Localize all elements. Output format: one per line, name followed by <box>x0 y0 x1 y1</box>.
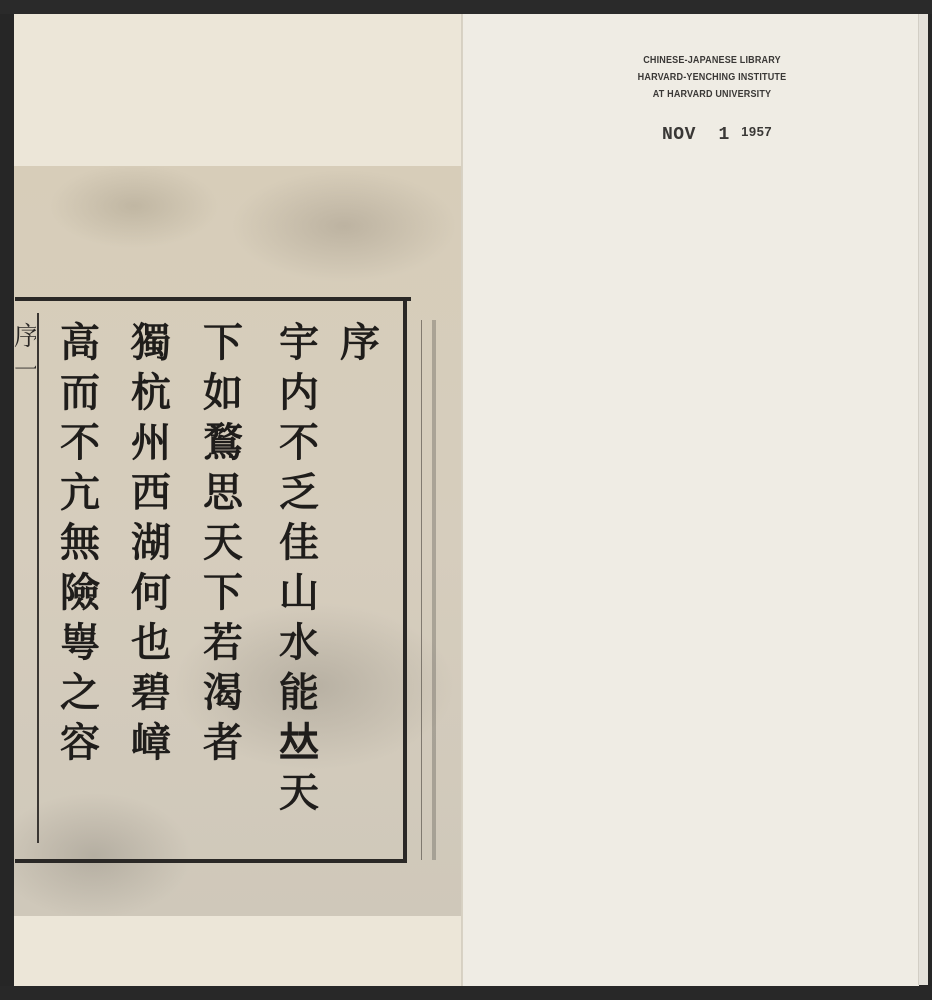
char: 之 <box>55 668 105 718</box>
char: 序 <box>335 318 385 368</box>
char: 杭 <box>126 368 176 418</box>
text-column-4: 獨 杭 州 西 湖 何 也 碧 嶂 <box>126 318 176 768</box>
char: 獨 <box>126 318 176 368</box>
scan-frame-top <box>0 0 932 14</box>
char: 不 <box>274 418 324 468</box>
char: 思 <box>198 468 248 518</box>
char: 乏 <box>274 468 324 518</box>
char: 險 <box>55 568 105 618</box>
char: 佳 <box>274 518 324 568</box>
stamp-date-month-day: NOV 1 <box>662 125 730 145</box>
text-column-5: 高 而 不 亢 無 險 㟧 之 容 <box>55 318 105 768</box>
char: 者 <box>198 718 248 768</box>
stamp-line-3: AT HARVARD UNIVERSITY <box>626 86 798 103</box>
char: 内 <box>274 368 324 418</box>
stamp-date: NOV 1 1957 <box>662 124 772 145</box>
char: 無 <box>55 518 105 568</box>
char: 也 <box>126 618 176 668</box>
char: 碧 <box>126 668 176 718</box>
char: 天 <box>274 768 324 818</box>
char: 山 <box>274 568 324 618</box>
block-margin-line <box>421 320 422 860</box>
margin-char: 序 <box>14 320 36 354</box>
char: 能 <box>274 668 324 718</box>
stamp-line-1: CHINESE-JAPANESE LIBRARY <box>626 52 798 69</box>
char: 何 <box>126 568 176 618</box>
char: 𠀤 <box>274 718 324 768</box>
text-column-2: 宇 内 不 乏 佳 山 水 能 𠀤 天 <box>274 318 324 818</box>
char: 西 <box>126 468 176 518</box>
char: 水 <box>274 618 324 668</box>
text-column-3: 下 如 鶩 思 天 下 若 渴 者 <box>198 318 248 768</box>
char: 湖 <box>126 518 176 568</box>
column-rule <box>37 313 39 843</box>
right-page <box>462 14 919 987</box>
char: 亢 <box>55 468 105 518</box>
char: 高 <box>55 318 105 368</box>
char: 下 <box>198 318 248 368</box>
char: 若 <box>198 618 248 668</box>
block-margin-line <box>432 320 436 860</box>
char: 州 <box>126 418 176 468</box>
char: 天 <box>198 518 248 568</box>
library-stamp: CHINESE-JAPANESE LIBRARY HARVARD-YENCHIN… <box>612 52 812 103</box>
char: 嶂 <box>126 718 176 768</box>
char: 如 <box>198 368 248 418</box>
char: 下 <box>198 568 248 618</box>
char: 容 <box>55 718 105 768</box>
scan-frame-bottom <box>0 986 932 1000</box>
char: 㟧 <box>55 618 105 668</box>
stamp-date-year: 1957 <box>741 124 772 139</box>
char: 宇 <box>274 318 324 368</box>
char: 而 <box>55 368 105 418</box>
char: 鶩 <box>198 418 248 468</box>
text-column-1: 序 <box>335 318 385 368</box>
stamp-line-2: HARVARD-YENCHING INSTITUTE <box>626 69 798 86</box>
margin-heading-fragment: 序 一 <box>14 320 36 388</box>
char: 不 <box>55 418 105 468</box>
page-edge <box>918 14 928 985</box>
margin-char: 一 <box>14 354 36 388</box>
char: 渴 <box>198 668 248 718</box>
